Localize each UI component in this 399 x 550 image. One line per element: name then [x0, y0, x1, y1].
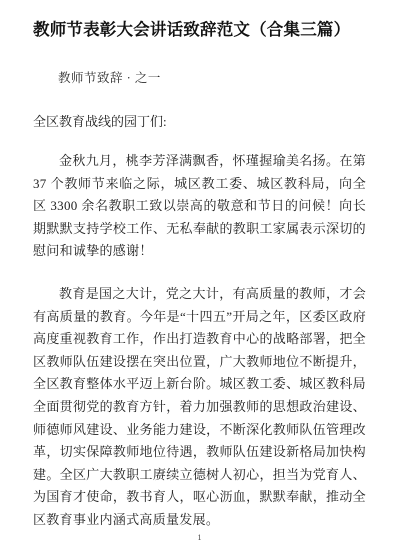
body-paragraph-2: 教育是国之大计，党之大计，有高质量的教师，才会有高质量的教育。今年是“十四五”开…: [33, 283, 366, 532]
document-page: 教师节表彰大会讲话致辞范文（合集三篇） 教师节致辞 · 之一 全区教育战线的园丁…: [0, 0, 399, 550]
salutation-line: 全区教育战线的园丁们:: [33, 113, 366, 130]
page-number: 1: [0, 533, 399, 542]
body-paragraph-1: 金秋九月，桃李芳泽满飘香，怀瑾握瑜美名扬。在第 37 个教师节来临之际，城区教工…: [33, 150, 366, 263]
section-subtitle: 教师节致辞 · 之一: [33, 70, 366, 86]
document-title: 教师节表彰大会讲话致辞范文（合集三篇）: [33, 16, 366, 40]
